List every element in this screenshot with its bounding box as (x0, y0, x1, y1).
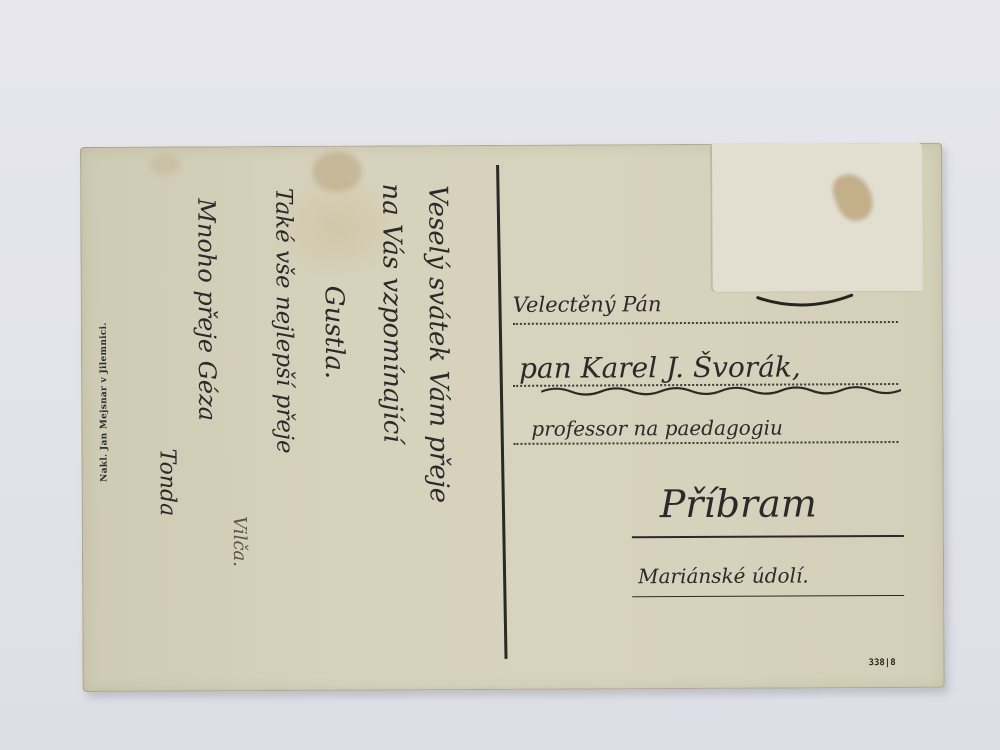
signature-vilca: Vilča. (229, 516, 250, 567)
serial-number: 338|8 (869, 658, 896, 668)
message-signature-gustla: Gustla. (319, 286, 349, 380)
address-name: pan Karel J. Švorák, (519, 350, 801, 384)
postmark-arc-mark (756, 293, 856, 309)
address-district: Mariánské údolí. (638, 563, 809, 588)
torn-stamp-area (710, 143, 923, 293)
center-divider-line (496, 165, 507, 659)
message-line-1: Veselý svátek Vám přeje (422, 185, 454, 503)
address-city-underline (632, 535, 904, 538)
postcard-back: Nakl. Jan Mejsnar v Jilemnici. 338|8 Ves… (80, 143, 945, 692)
address-salutation: Velectěný Pán (513, 292, 662, 317)
name-wavy-underline (541, 383, 901, 399)
address-district-underline (632, 595, 904, 597)
paper-stain (312, 152, 362, 192)
address-dotted-line-3 (513, 441, 898, 445)
message-left-line-1: Také vše nejlepší přeje (270, 188, 297, 454)
message-left-line-2: Mnoho přeje Géza (192, 198, 221, 421)
address-title: professor na paedagogiu (531, 416, 783, 441)
message-line-2: na Vás vzpomínající (376, 183, 407, 442)
paper-stain (150, 155, 180, 175)
address-city: Příbram (660, 481, 817, 526)
publisher-imprint: Nakl. Jan Mejsnar v Jilemnici. (99, 322, 110, 482)
address-dotted-line-1 (513, 321, 898, 325)
signature-tonda: Tonda (154, 449, 179, 517)
